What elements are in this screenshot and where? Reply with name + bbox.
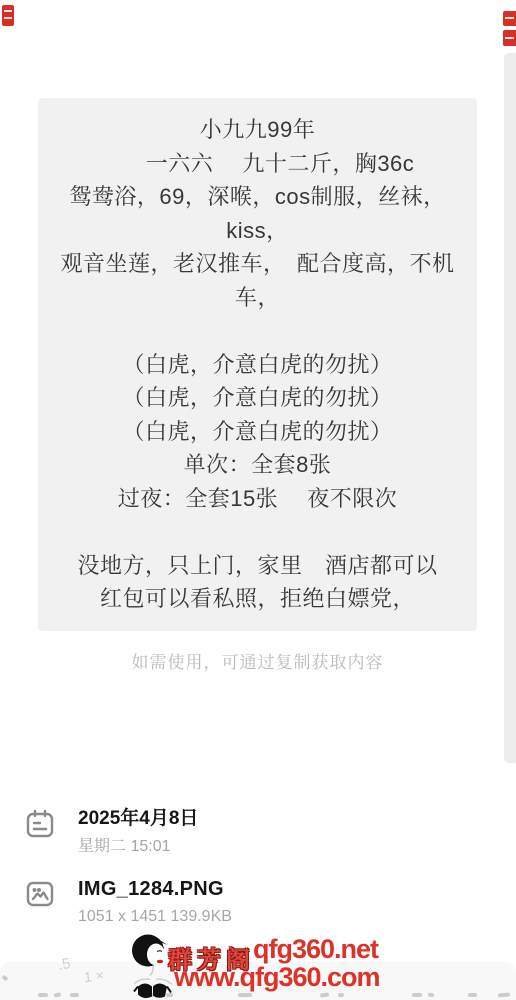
ocr-text-line: 车， xyxy=(38,281,477,315)
cutoff-glyph-dash xyxy=(54,992,62,997)
cutoff-glyph-dash xyxy=(338,993,344,997)
cutoff-glyph-dash xyxy=(38,993,48,997)
cutoff-glyph-dash xyxy=(320,992,329,997)
cutoff-glyph-dash xyxy=(412,993,422,997)
filename-label: IMG_1284.PNG xyxy=(78,876,232,902)
date-info-row: 2025年4月8日 星期二 15:01 xyxy=(24,806,198,859)
ocr-text-line: 没地方，只上门，家里 酒店都可以 xyxy=(38,549,477,583)
ghost-zoom-text: 1 × xyxy=(83,967,105,985)
ocr-text-line: 小九九99年 xyxy=(38,113,477,147)
cutoff-glyph-dash xyxy=(468,993,477,997)
watermark-corner-stamp-icon xyxy=(503,30,516,46)
watermark-corner-stamp-icon xyxy=(503,11,516,26)
cutoff-glyph-dash xyxy=(166,993,173,997)
ocr-text-line: 红包可以看私照，拒绝白嫖党， xyxy=(38,582,477,616)
ocr-text-line: 一六六 九十二斤，胸36c xyxy=(38,147,477,181)
cutoff-glyph-dash xyxy=(428,993,435,998)
watermark-domain-net: qfg360.net xyxy=(253,934,378,965)
image-icon xyxy=(24,878,56,910)
ocr-text-line: （白虎，介意白虎的勿扰） xyxy=(38,381,477,415)
date-label: 2025年4月8日 xyxy=(78,806,198,832)
calendar-icon xyxy=(24,808,56,840)
file-info-row: IMG_1284.PNG 1051 x 1451 139.9KB xyxy=(24,876,232,929)
cutoff-glyph-dash xyxy=(1,975,8,982)
weekday-time-label: 星期二 15:01 xyxy=(78,835,198,859)
ocr-text-line: 鸳鸯浴，69，深喉，cos制服，丝袜， xyxy=(38,180,477,214)
ocr-text-line: （白虎，介意白虎的勿扰） xyxy=(38,415,477,449)
cutoff-glyph-dash xyxy=(498,992,510,997)
cutoff-glyph-dash xyxy=(148,992,160,997)
ocr-text-line: kiss， xyxy=(38,214,477,248)
ocr-text-line xyxy=(38,515,477,549)
ocr-text-line: 过夜：全套15张 夜不限次 xyxy=(38,482,477,516)
ocr-text-line xyxy=(38,314,477,348)
file-dimensions-label: 1051 x 1451 139.9KB xyxy=(78,905,232,929)
ocr-text-card[interactable]: 小九九99年 一六六 九十二斤，胸36c 鸳鸯浴，69，深喉，cos制服，丝袜，… xyxy=(38,98,477,631)
cutoff-glyph-dash xyxy=(70,993,79,997)
copy-hint-text: 如需使用，可通过复制获取内容 xyxy=(38,648,477,673)
notes-image-detail-screen: 小九九99年 一六六 九十二斤，胸36c 鸳鸯浴，69，深喉，cos制服，丝袜，… xyxy=(0,0,516,1000)
ocr-text-line: （白虎，介意白虎的勿扰） xyxy=(38,348,477,382)
ghost-number-text: .5 xyxy=(57,955,72,974)
adjacent-page-edge xyxy=(504,53,516,763)
bottom-sheet-edge: .5 1 × xyxy=(0,962,516,1000)
watermark-corner-stamp-icon xyxy=(2,5,14,26)
ocr-text-line: 单次：全套8张 xyxy=(38,448,477,482)
cutoff-glyph-dash xyxy=(238,993,252,997)
ocr-text-line: 观音坐莲，老汉推车， 配合度高，不机 xyxy=(38,247,477,281)
